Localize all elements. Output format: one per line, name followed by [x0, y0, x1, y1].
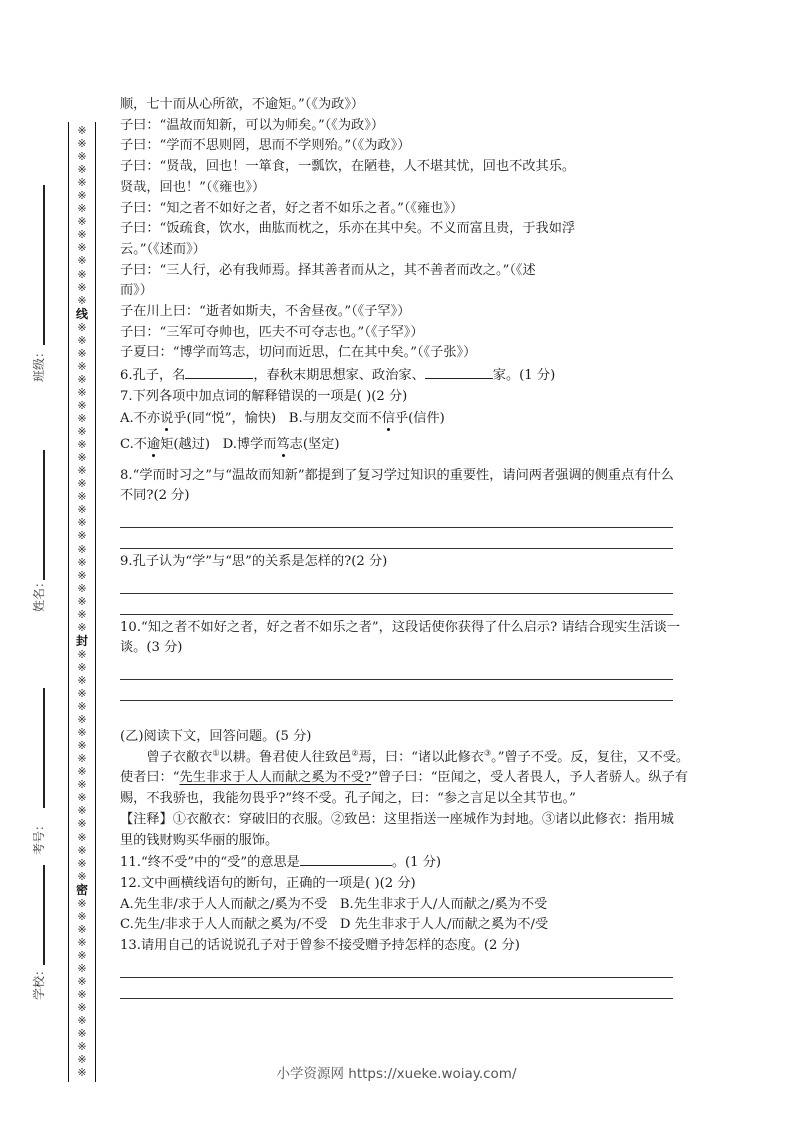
star-mark-icon: ※	[77, 202, 86, 215]
star-mark-icon: ※	[77, 765, 86, 778]
star-mark-icon: ※	[77, 857, 86, 870]
star-mark-icon: ※	[77, 373, 86, 386]
q8-answer-line-2[interactable]	[120, 548, 673, 549]
seal-word: 封	[76, 634, 88, 648]
underlined-sentence: 先生非求于人人而献之奚为不受?	[180, 770, 372, 785]
star-mark-icon: ※	[77, 124, 86, 137]
star-mark-icon: ※	[77, 334, 86, 347]
star-mark-icon: ※	[77, 975, 86, 988]
question-7: 7.下列各项中加点词的解释错误的一项是( )(2 分) A.不亦说乎(同“悦”，…	[120, 387, 686, 456]
star-mark-icon: ※	[77, 1027, 86, 1040]
star-mark-icon: ※	[77, 713, 86, 726]
star-mark-icon: ※	[77, 923, 86, 936]
q7-option-d[interactable]: D.博学而笃志(坚定)	[223, 437, 340, 452]
star-mark-icon: ※	[77, 150, 86, 163]
star-mark-icon: ※	[77, 870, 86, 883]
star-mark-icon: ※	[77, 321, 86, 334]
q12-option-a[interactable]: A.先生非/求于人人而献之/奚为不受	[120, 897, 327, 912]
exam-number-label: 考号：	[30, 819, 47, 855]
star-mark-icon: ※	[77, 503, 86, 516]
star-mark-icon: ※	[77, 254, 86, 267]
passage-line: 子曰：“贤哉，回也！一箪食，一瓢饮，在陋巷，人不堪其忧，回也不改其乐。	[120, 157, 686, 178]
star-mark-icon: ※	[77, 529, 86, 542]
passage-line: 子曰：“知之者不如好之者，好之者不如乐之者。”（《雍也》）	[120, 199, 686, 220]
passage-line: 而》）	[120, 281, 686, 302]
star-mark-icon: ※	[77, 608, 86, 621]
seal-word: 线	[76, 307, 88, 321]
star-mark-icon: ※	[77, 228, 86, 241]
star-mark-icon: ※	[77, 163, 86, 176]
name-label: 姓名：	[30, 576, 47, 612]
star-mark-icon: ※	[77, 831, 86, 844]
star-mark-icon: ※	[77, 778, 86, 791]
star-mark-icon: ※	[77, 543, 86, 556]
star-mark-icon: ※	[77, 360, 86, 373]
star-mark-icon: ※	[77, 739, 86, 752]
passage-line: 子曰：“三人行，必有我师焉。择其善者而从之，其不善者而改之。”（《述	[120, 261, 686, 282]
star-mark-icon: ※	[77, 425, 86, 438]
star-mark-icon: ※	[77, 294, 86, 307]
star-mark-icon: ※	[77, 700, 86, 713]
q7-option-a[interactable]: A.不亦说乎(同“悦”，愉快)	[120, 411, 276, 426]
star-mark-icon: ※	[77, 189, 86, 202]
school-label: 学校：	[30, 964, 47, 1000]
question-9: 9.孔子认为“学”与“思”的关系是怎样的?(2 分)	[120, 552, 686, 573]
question-6: 6.孔子，名，春秋末期思想家、政治家、家。(1 分)	[120, 364, 686, 387]
binding-margin: ※※※※※※※※※※※※※※线※※※※※※※※※※※※※※※※※※※※※※※※封…	[68, 122, 96, 1082]
star-mark-icon: ※	[77, 621, 86, 634]
passage-jia: 顺，七十而从心所欲，不逾矩。”（《为政》）子曰：“温故而知新，可以为师矣。”（《…	[120, 95, 686, 364]
q12-option-b[interactable]: B.先生非求于人/人而献之/奚为不受	[340, 897, 547, 912]
q13-answer-line-2[interactable]	[120, 998, 673, 999]
star-mark-icon: ※	[77, 399, 86, 412]
star-mark-icon: ※	[77, 176, 86, 189]
name-fill-line[interactable]	[43, 450, 45, 580]
star-mark-icon: ※	[77, 516, 86, 529]
star-mark-icon: ※	[77, 215, 86, 228]
star-mark-icon: ※	[77, 962, 86, 975]
star-mark-icon: ※	[77, 1014, 86, 1027]
q12-options-ab: A.先生非/求于人人而献之/奚为不受 B.先生非求于人/人而献之/奚为不受	[120, 895, 686, 916]
star-mark-icon: ※	[77, 241, 86, 254]
star-mark-icon: ※	[77, 897, 86, 910]
passage-yi-heading: (乙)阅读下文，回答问题。(5 分)	[120, 727, 686, 748]
passage-line: 子曰：“饭疏食，饮水，曲肱而枕之，乐亦在其中矣。不义而富且贵，于我如浮	[120, 219, 686, 240]
star-mark-icon: ※	[77, 844, 86, 857]
passage-yi-text: 曾子衣敝衣①以耕。鲁君使人往致邑②焉，曰：“诸以此修衣③。”曾子不受。反，复往，…	[120, 748, 690, 810]
star-mark-icon: ※	[77, 464, 86, 477]
star-mark-icon: ※	[77, 949, 86, 962]
star-mark-icon: ※	[77, 347, 86, 360]
star-mark-icon: ※	[77, 438, 86, 451]
q6-blank-name[interactable]	[185, 364, 253, 379]
star-mark-icon: ※	[77, 569, 86, 582]
star-mark-icon: ※	[77, 490, 86, 503]
passage-line: 子在川上曰：“逝者如斯夫，不舍昼夜。”（《子罕》）	[120, 302, 686, 323]
q6-blank-role[interactable]	[425, 364, 493, 379]
passage-line: 顺，七十而从心所欲，不逾矩。”（《为政》）	[120, 95, 686, 116]
star-mark-icon: ※	[77, 477, 86, 490]
question-8: 8.“学而时习之”与“温故而知新”都提到了复习学过知识的重要性，请问两者强调的侧…	[120, 466, 686, 507]
star-mark-icon: ※	[77, 687, 86, 700]
q12-option-c[interactable]: C.先生/非求于人人而献之奚为/不受	[120, 917, 327, 932]
star-mark-icon: ※	[77, 556, 86, 569]
star-mark-icon: ※	[77, 268, 86, 281]
exam-number-fill-line[interactable]	[43, 688, 45, 808]
q12-option-d[interactable]: D 先生非求于人人/而献之奚为不/受	[340, 917, 548, 932]
q12-stem: 12.文中画横线语句的断句，正确的一项是( )(2 分)	[120, 874, 686, 895]
q9-answer-line-2[interactable]	[120, 614, 673, 615]
star-mark-icon: ※	[77, 595, 86, 608]
star-mark-icon: ※	[77, 791, 86, 804]
star-mark-icon: ※	[77, 910, 86, 923]
passage-line: 子曰：“学而不思则罔，思而不学则殆。”（《为政》）	[120, 136, 686, 157]
star-mark-icon: ※	[77, 412, 86, 425]
star-mark-icon: ※	[77, 1040, 86, 1053]
passage-line: 云。”（《述而》）	[120, 240, 686, 261]
passage-yi-notes: 【注释】①衣敝衣：穿破旧的衣服。②致邑：这里指送一座城作为封地。③诸以此修衣：指…	[120, 810, 686, 851]
q12-options-cd: C.先生/非求于人人而献之奚为/不受 D 先生非求于人人/而献之奚为不/受	[120, 915, 686, 936]
star-mark-icon: ※	[77, 674, 86, 687]
seal-line-stars: ※※※※※※※※※※※※※※线※※※※※※※※※※※※※※※※※※※※※※※※封…	[69, 122, 95, 1082]
passage-line: 子曰：“温故而知新，可以为师矣。”（《为政》）	[120, 116, 686, 137]
star-mark-icon: ※	[77, 988, 86, 1001]
question-10: 10.“知之者不如好之者，好之者不如乐之者”，这段话使你获得了什么启示? 请结合…	[120, 618, 686, 659]
question-13: 13.请用自己的话说说孔子对于曾参不接受赠予持怎样的态度。(2 分)	[120, 936, 686, 957]
q7-option-b[interactable]: B.与朋友交而不信乎(信件)	[289, 411, 445, 426]
star-mark-icon: ※	[77, 648, 86, 661]
q7-option-c[interactable]: C.不逾矩(越过)	[120, 437, 210, 452]
star-mark-icon: ※	[77, 661, 86, 674]
passage-line: 贤哉，回也！”（《雍也》）	[120, 178, 686, 199]
question-11: 11.“终不受”中的“受”的意思是。(1 分)	[120, 851, 686, 874]
star-mark-icon: ※	[77, 582, 86, 595]
seal-word: 密	[76, 883, 88, 897]
star-mark-icon: ※	[77, 817, 86, 830]
q7-stem: 7.下列各项中加点词的解释错误的一项是( )(2 分)	[120, 387, 686, 408]
q11-blank[interactable]	[300, 851, 392, 866]
star-mark-icon: ※	[77, 1001, 86, 1014]
star-mark-icon: ※	[77, 281, 86, 294]
star-mark-icon: ※	[77, 726, 86, 739]
passage-line: 子夏曰：“博学而笃志，切问而近思，仁在其中矣。”（《子张》）	[120, 343, 686, 364]
exam-content: 顺，七十而从心所欲，不逾矩。”（《为政》）子曰：“温故而知新，可以为师矣。”（《…	[120, 95, 686, 999]
school-fill-line[interactable]	[43, 865, 45, 965]
star-mark-icon: ※	[77, 137, 86, 150]
passage-line: 子曰：“三军可夺帅也，匹夫不可夺志也。”（《子罕》）	[120, 323, 686, 344]
star-mark-icon: ※	[77, 451, 86, 464]
star-mark-icon: ※	[77, 752, 86, 765]
class-fill-line[interactable]	[43, 185, 45, 345]
class-label: 班级：	[30, 346, 47, 382]
star-mark-icon: ※	[77, 936, 86, 949]
star-mark-icon: ※	[77, 804, 86, 817]
footer-watermark: 小学资源网 https://xueke.woiay.com/	[0, 1062, 793, 1082]
star-mark-icon: ※	[77, 386, 86, 399]
